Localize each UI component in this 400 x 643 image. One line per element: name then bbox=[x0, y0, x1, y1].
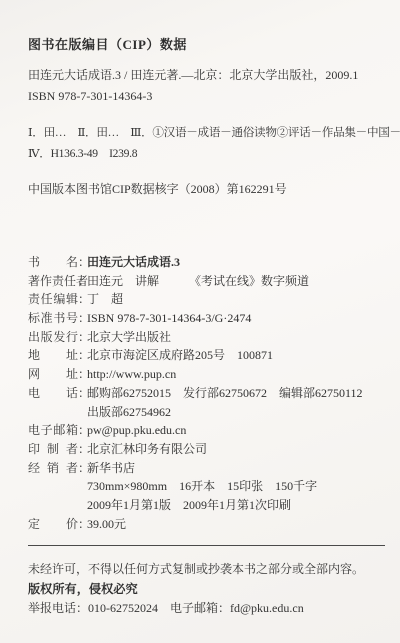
colophon-row-editor: 责任编辑：丁 超 bbox=[28, 290, 387, 309]
colophon-row-phone-cont: 出版部62754962 bbox=[28, 403, 387, 422]
colophon-section: 书名：田连元大话成语.3 著作责任者：田连元 讲解 《考试在线》数字频道 责任编… bbox=[28, 253, 387, 533]
cip-isbn-line: ISBN 978-7-301-14364-3 bbox=[28, 86, 387, 107]
colophon-label: 电子邮箱 bbox=[28, 421, 78, 440]
colophon-value: 丁 超 bbox=[87, 292, 123, 306]
colophon-value: 田连元 讲解 《考试在线》数字频道 bbox=[87, 274, 309, 288]
label-colon: ： bbox=[78, 290, 87, 309]
label-colon: ： bbox=[78, 459, 87, 478]
colophon-label: 著作责任者 bbox=[28, 272, 78, 291]
colophon-value: 北京市海淀区成府路205号 100871 bbox=[87, 348, 273, 362]
colophon-row-isbn: 标准书号：ISBN 978-7-301-14364-3/G·2474 bbox=[28, 309, 387, 328]
label-colon: ： bbox=[78, 346, 87, 365]
cip-classification-line-2: Ⅳ．H136.3-49 I239.8 bbox=[28, 143, 387, 164]
label-colon: ： bbox=[78, 384, 87, 403]
colophon-row-printer: 印制者：北京汇林印务有限公司 bbox=[28, 440, 387, 459]
cip-heading: 图书在版编目（CIP）数据 bbox=[28, 34, 387, 53]
copyright-page: 图书在版编目（CIP）数据 田连元大话成语.3 / 田连元著.—北京：北京大学出… bbox=[0, 0, 400, 643]
colophon-label: 责任编辑 bbox=[28, 290, 78, 309]
colophon-row-edition: 2009年1月第1版 2009年1月第1次印刷 bbox=[28, 496, 387, 515]
colophon-row-title: 书名：田连元大话成语.3 bbox=[28, 253, 387, 272]
colophon-value: 田连元大话成语.3 bbox=[87, 255, 180, 269]
label-colon: ： bbox=[78, 515, 87, 534]
cip-description-line: 田连元大话成语.3 / 田连元著.—北京：北京大学出版社，2009.1 bbox=[28, 65, 387, 86]
report-contact-line: 举报电话：010-62752024 电子邮箱：fd@pku.edu.cn bbox=[28, 599, 387, 618]
permission-notice: 未经许可，不得以任何方式复制或抄袭本书之部分或全部内容。 bbox=[28, 559, 387, 579]
label-colon: ： bbox=[78, 328, 87, 347]
colophon-row-website: 网址：http://www.pup.cn bbox=[28, 365, 387, 384]
cip-classification-block: Ⅰ．田… Ⅱ．田… Ⅲ．①汉语－成语－通俗读物②评话－作品集－中国－当代 Ⅳ．H… bbox=[28, 122, 387, 164]
colophon-row-distributor: 经销者：新华书店 bbox=[28, 459, 387, 478]
colophon-label: 网址 bbox=[28, 365, 78, 384]
colophon-value: 北京大学出版社 bbox=[87, 330, 171, 344]
copyright-statement: 版权所有，侵权必究 bbox=[28, 579, 387, 599]
label-colon: ： bbox=[78, 272, 87, 291]
colophon-label: 经销者 bbox=[28, 459, 78, 478]
colophon-label: 标准书号 bbox=[28, 309, 78, 328]
colophon-label: 电话 bbox=[28, 384, 78, 403]
colophon-row-author: 著作责任者：田连元 讲解 《考试在线》数字频道 bbox=[28, 272, 387, 291]
colophon-value: 2009年1月第1版 2009年1月第1次印刷 bbox=[87, 498, 291, 512]
colophon-label: 定价 bbox=[28, 515, 78, 534]
colophon-value: 新华书店 bbox=[87, 461, 135, 475]
colophon-row-address: 地址：北京市海淀区成府路205号 100871 bbox=[28, 346, 387, 365]
label-colon: ： bbox=[78, 253, 87, 272]
colophon-value: 北京汇林印务有限公司 bbox=[87, 442, 207, 456]
colophon-value: 邮购部62752015 发行部62750672 编辑部62750112 bbox=[87, 386, 363, 400]
colophon-row-price: 定价：39.00元 bbox=[28, 515, 387, 534]
label-colon: ： bbox=[78, 365, 87, 384]
colophon-label: 书名 bbox=[28, 253, 78, 272]
cip-classification-line-1: Ⅰ．田… Ⅱ．田… Ⅲ．①汉语－成语－通俗读物②评话－作品集－中国－当代 bbox=[28, 122, 387, 143]
colophon-label: 印制者 bbox=[28, 440, 78, 459]
cip-registry-line: 中国版本图书馆CIP数据核字（2008）第162291号 bbox=[28, 180, 387, 197]
colophon-value: 730mm×980mm 16开本 15印张 150千字 bbox=[87, 479, 317, 493]
colophon-row-email: 电子邮箱：pw@pup.pku.edu.cn bbox=[28, 421, 387, 440]
divider-line bbox=[28, 545, 385, 546]
colophon-value: ISBN 978-7-301-14364-3/G·2474 bbox=[87, 311, 251, 325]
colophon-value: pw@pup.pku.edu.cn bbox=[87, 423, 186, 437]
colophon-row-format: 730mm×980mm 16开本 15印张 150千字 bbox=[28, 477, 387, 496]
colophon-label: 地址 bbox=[28, 346, 78, 365]
colophon-row-publisher: 出版发行：北京大学出版社 bbox=[28, 328, 387, 347]
label-colon: ： bbox=[78, 309, 87, 328]
label-colon: ： bbox=[78, 421, 87, 440]
colophon-value: 39.00元 bbox=[87, 517, 126, 531]
colophon-value: http://www.pup.cn bbox=[87, 367, 176, 381]
colophon-row-phone: 电话：邮购部62752015 发行部62750672 编辑部62750112 bbox=[28, 384, 387, 403]
colophon-label: 出版发行 bbox=[28, 328, 78, 347]
colophon-value: 出版部62754962 bbox=[87, 405, 171, 419]
label-colon: ： bbox=[78, 440, 87, 459]
